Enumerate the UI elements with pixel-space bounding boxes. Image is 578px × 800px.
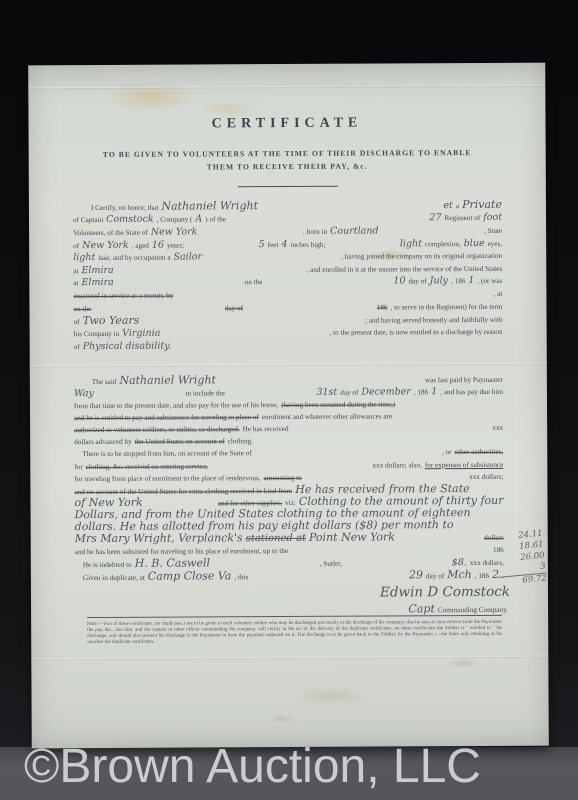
printed-text: , State: [484, 226, 502, 236]
printed-text: at: [73, 278, 78, 288]
crease-line: [28, 85, 545, 90]
handwritten-text: Edwin D Comstock: [380, 587, 510, 598]
blank-space: [251, 578, 406, 579]
handwritten-text: Camp Close Va: [148, 571, 232, 581]
printed-text-struck: other authorities,: [455, 447, 504, 457]
form-line: his Company inVirginia, to the present d…: [74, 327, 503, 339]
blank-space: [246, 310, 374, 311]
printed-text: xxx dollars; also,: [373, 460, 422, 470]
blank-space: [382, 233, 482, 234]
printed-text: , 186: [414, 387, 428, 397]
form-line: of CaptainComstock, Company (A) of the27…: [73, 213, 502, 225]
handwritten-text: light: [73, 253, 95, 263]
handwritten-text: of New York: [74, 498, 142, 508]
handwritten-text: Two Years: [83, 316, 140, 326]
printed-text: dollars advanced by: [74, 437, 132, 447]
printed-text: , this: [234, 572, 248, 582]
handwritten-text: Virginia: [122, 329, 160, 339]
handwritten-text: 27: [429, 213, 441, 223]
handwritten-text-struck: stationed at: [246, 534, 306, 544]
handwritten-text: 29: [409, 570, 423, 580]
handwritten-text: dollars. He has allotted from his pay ei…: [75, 520, 454, 532]
blank-space: [163, 335, 326, 336]
handwritten-text: 10: [393, 276, 405, 286]
printed-text: from that time to the present date, and …: [74, 400, 278, 411]
printed-text: enrolment and whatever other allowances …: [262, 411, 392, 422]
handwritten-text: Mrs Mary Wright, Verplanck's: [75, 533, 243, 544]
printed-text: Regiment of: [444, 213, 480, 223]
footnote-text: Note.—Two of these certificates, (or dup…: [87, 620, 502, 647]
printed-text: day of: [340, 388, 358, 398]
handwritten-text: Mch: [447, 570, 472, 580]
printed-text: inches high;: [290, 240, 325, 250]
printed-text: , (or was: [477, 276, 502, 286]
printed-text: , 186: [475, 571, 489, 581]
handwritten-text: A: [195, 214, 202, 224]
handwritten-text: Point New York: [309, 532, 395, 542]
printed-text: , having joined the company on its origi…: [341, 251, 502, 262]
printed-text: xxx: [492, 423, 503, 433]
form-line: ofNew York, aged16years;5feet4inches hig…: [73, 239, 502, 251]
printed-text: for: [74, 462, 82, 472]
blank-space: [117, 272, 304, 273]
printed-text: , born in: [303, 227, 327, 237]
form-line: and he has been subsisted for traveling …: [75, 545, 504, 557]
handwritten-text: New York: [82, 241, 129, 251]
handwritten-text: Way: [74, 389, 94, 399]
handwritten-text: Capt: [408, 604, 434, 614]
form-line: ofTwo Years; and having served honestly …: [74, 314, 503, 327]
handwritten-text: New York: [151, 227, 198, 237]
printed-text: hair, and by occupation a: [98, 253, 170, 263]
printed-text-struck: on the: [73, 304, 91, 314]
crease-line: [30, 363, 547, 368]
handwritten-text: Clothing to the amount of thirty four: [299, 496, 504, 507]
blank-space: [292, 430, 490, 431]
printed-text: was last paid by Paymaster: [425, 375, 503, 385]
form-line: authorized to volunteer soldiers, or mil…: [74, 423, 503, 435]
handwritten-text: foot: [483, 213, 502, 223]
handwritten-text: Private: [462, 200, 502, 210]
printed-text-struck: 186: [377, 302, 388, 312]
form-line: Given in duplicate, atCamp Close Va, thi…: [83, 570, 504, 583]
printed-text: He is indebted to: [83, 560, 132, 570]
handwritten-text: Nathaniel Wright: [161, 201, 258, 212]
blank-space: [213, 566, 317, 567]
handwritten-text: H. B. Caswell: [135, 558, 210, 568]
printed-text: eyes,: [488, 239, 503, 249]
printed-text: The said: [92, 377, 117, 387]
form-line: The saidNathaniel Wrightwas last paid by…: [92, 374, 503, 387]
blank-space: [255, 454, 439, 455]
handwritten-text: Elmira: [81, 266, 113, 276]
printed-text: years;: [167, 241, 184, 251]
printed-text: clothing.: [228, 436, 253, 446]
printed-text: feet: [268, 240, 279, 250]
printed-text: and he has been subsisted for traveling …: [75, 546, 288, 557]
form-line: forclothing, &c. received on entering se…: [74, 460, 503, 472]
handwritten-text: Comstock: [106, 215, 154, 225]
form-line: I Certify, on honor, thatNathaniel Wrigh…: [91, 200, 502, 213]
printed-text-struck: authorized to volunteer soldiers, or mil…: [74, 424, 240, 435]
crease-line: [31, 656, 548, 661]
handwritten-text: July: [430, 276, 448, 286]
printed-text: ; and having served honestly and faithfu…: [365, 315, 503, 326]
printed-text: , Company (: [157, 215, 193, 225]
form-line: He is indebted toH. B. Caswell, Sutler,$…: [83, 557, 504, 570]
printed-text: for traveling from place of enrolment to…: [74, 473, 260, 484]
form-body: I Certify, on honor, thatNathaniel Wrigh…: [28, 63, 545, 66]
printed-text-struck: mustered in service as a recruit, by: [73, 291, 173, 302]
blank-space: [94, 310, 222, 311]
printed-text: , 186: [451, 276, 465, 286]
printed-text: , and enrolled in it at the muster into …: [306, 264, 502, 275]
subtitle-line-2: THEM TO RECEIVE THEIR PAY, &c.: [49, 159, 526, 174]
footnote-rule: [87, 615, 502, 618]
printed-text: at: [73, 266, 78, 276]
blank-space: [265, 283, 390, 284]
certificate-title: CERTIFICATE: [28, 115, 545, 134]
printed-text: on the: [245, 277, 263, 287]
blank-space: [261, 208, 440, 209]
printed-text-underlined: for expenses of subsistence: [425, 460, 504, 470]
handwritten-text: Courtland: [330, 227, 378, 237]
blank-space: [205, 259, 338, 260]
printed-text: day of: [426, 571, 444, 581]
printed-text: his Company in: [74, 329, 120, 339]
handwritten-text: Nathaniel Wright: [119, 375, 216, 386]
divider-rule: [237, 186, 337, 188]
form-line: ofPhysical disability.: [74, 340, 503, 352]
blank-space: [219, 382, 422, 383]
handwritten-text: 1: [468, 276, 474, 286]
printed-text: , Sutler,: [320, 559, 342, 569]
handwritten-text: 16: [152, 241, 164, 251]
printed-text: ) of the: [205, 214, 226, 224]
document-paper: CERTIFICATE TO BE GIVEN TO VOLUNTEERS AT…: [28, 63, 549, 749]
blank-space: [211, 468, 370, 469]
printed-text: , at: [494, 289, 503, 299]
blank-space: [291, 552, 490, 553]
form-line: Wayto include the31stday ofDecember, 186…: [74, 387, 503, 399]
handwritten-text: light: [400, 239, 422, 249]
printed-text: , to the present date, is now entitled t…: [329, 327, 502, 338]
pencil-calculation: 24.1118.6126.00369.72: [494, 529, 547, 589]
printed-text: of: [73, 241, 79, 251]
printed-text: day of: [408, 276, 426, 286]
blank-space: [200, 234, 300, 235]
printed-text-struck: amounting to: [264, 473, 302, 483]
printed-text: , and has pay due him: [440, 387, 503, 397]
blank-space: [229, 220, 426, 221]
form-line: and he is entitled to pay and subsistenc…: [74, 411, 503, 423]
printed-text-struck: clothing, &c. received on entering servi…: [86, 461, 208, 472]
form-line: on theday of186, to serve in the Regimen…: [73, 302, 502, 314]
form-line: mustered in service as a recruit, by, at: [73, 289, 502, 301]
form-line: from that time to the present date, and …: [74, 399, 503, 411]
blank-space: [142, 323, 362, 324]
printed-text: of: [74, 317, 80, 327]
blank-space: [176, 296, 490, 298]
printed-text: a: [456, 201, 459, 211]
signature-line: Edwin D Comstock: [291, 587, 510, 598]
printed-text-struck: day of: [225, 303, 243, 313]
printed-text: of: [74, 342, 80, 352]
handwritten-text: December: [361, 387, 410, 397]
form-line: atElmiraon the10day ofJuly, 1861, (or wa…: [73, 276, 502, 288]
form-line: dollars. He has allotted from his pay ei…: [75, 520, 504, 532]
printed-text: complexion,: [425, 239, 461, 249]
printed-text: , aged: [132, 241, 149, 251]
handwritten-text: et: [443, 201, 453, 211]
auction-watermark: ©Brown Auction, LLC: [24, 739, 578, 795]
subtitle-line-1: TO BE GIVEN TO VOLUNTEERS AT THE TIME OF…: [49, 146, 526, 161]
handwritten-text: 1: [431, 387, 437, 397]
handwritten-text: $8.: [452, 558, 467, 568]
printed-text: to include the: [186, 388, 225, 398]
printed-text: Volunteers, of the State of: [73, 228, 148, 238]
blank-space: [345, 565, 449, 566]
handwritten-text: blue: [464, 239, 485, 249]
printed-text-struck: and he is entitled to pay and subsistenc…: [74, 412, 259, 423]
handwritten-text: Physical disability.: [83, 342, 172, 352]
printed-text: Commanding Company.: [438, 605, 508, 615]
form-line: There is to be stopped from him, on acco…: [82, 447, 503, 459]
printed-text: He has received: [243, 424, 289, 434]
form-line: Volunteers, of the State ofNew York, bor…: [73, 226, 502, 238]
handwritten-text: 4: [281, 240, 287, 250]
printed-text: xxx dollars;: [469, 472, 503, 482]
handwritten-text: Elmira: [82, 278, 114, 288]
certificate-subtitle: TO BE GIVEN TO VOLUNTEERS AT THE TIME OF…: [49, 146, 526, 174]
blank-space: [305, 479, 467, 480]
printed-text: There is to be stopped from him, on acco…: [82, 448, 252, 459]
form-line: Mrs Mary Wright, Verplanck'sstationed at…: [75, 532, 504, 545]
printed-text: , or: [442, 447, 452, 457]
form-line: dollars advanced bythe United States on …: [74, 435, 503, 447]
printed-text-struck: the United States on account of: [135, 436, 225, 446]
printed-text: , to serve in the Regiment) for the term: [390, 302, 502, 313]
handwritten-text: 31st: [316, 388, 337, 398]
printed-text-struck: (having been mounted during the time,): [281, 399, 395, 410]
printed-text: of Captain: [73, 215, 103, 225]
printed-text: I Certify, on honor, that: [91, 203, 159, 213]
blank-space: [117, 284, 242, 285]
handwritten-text: Sailor: [173, 252, 202, 262]
handwritten-text: 5: [259, 240, 265, 250]
printed-text: Given in duplicate, at: [83, 573, 145, 583]
form-line: lighthair, and by occupation aSailor, ha…: [73, 251, 502, 263]
